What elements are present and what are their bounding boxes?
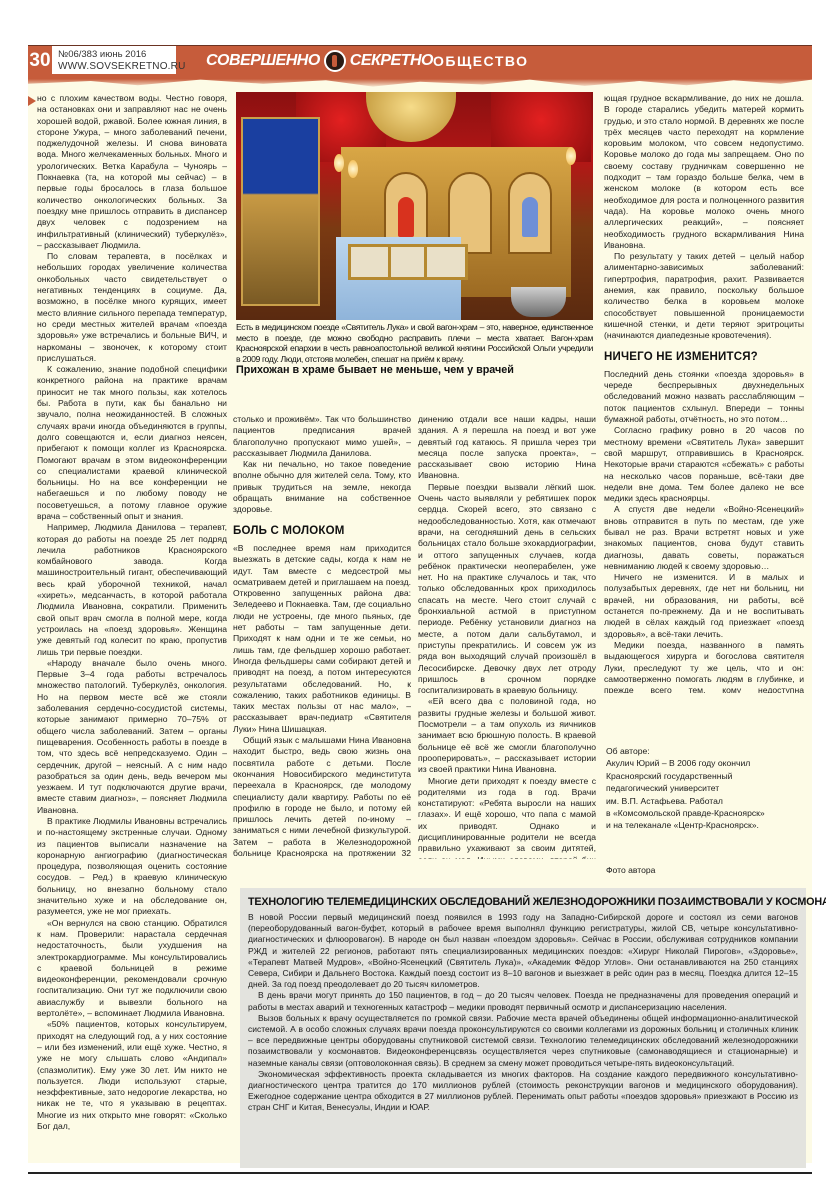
paragraph: Общий язык с малышами Нина Ивановна нахо… xyxy=(233,735,411,859)
paragraph: Ничего не изменится. И в малых и полузаб… xyxy=(604,572,804,640)
saint-figure xyxy=(522,197,538,237)
issue-number: №06/383 июнь 2016 xyxy=(58,49,146,60)
page-header: 30 №06/383 июнь 2016 WWW.SOVSEKRETNO.RU … xyxy=(28,45,812,76)
paragraph: По результату у таких детей – целый набо… xyxy=(604,251,804,341)
about-author-line: им. В.П. Астафьева. Работал xyxy=(606,795,806,807)
candle-lamp xyxy=(566,147,576,165)
issue-info: №06/383 июнь 2016 WWW.SOVSEKRETNO.RU xyxy=(52,46,176,76)
subheading: НИЧЕГО НЕ ИЗМЕНИТСЯ? xyxy=(604,352,804,363)
continuation-arrow-icon xyxy=(28,96,36,106)
sidebar-paragraph: Экономическая эффективность проекта скла… xyxy=(248,1069,798,1114)
candle-lamp xyxy=(334,154,344,172)
about-author-line: Красноярский государственный xyxy=(606,770,806,782)
side-icon-panel xyxy=(241,117,320,306)
church-car-photo xyxy=(236,92,593,320)
paragraph: «50% пациентов, которых консультируем, п… xyxy=(37,1019,227,1132)
paragraph: «Народу вначале было очень много. Первые… xyxy=(37,658,227,816)
paragraph: Последний день стоянки «поезда здоровья»… xyxy=(604,369,804,425)
paragraph: А спустя две недели «Войно-Ясенецкий» вн… xyxy=(604,504,804,572)
paragraph: но с плохим качеством воды. Честно говор… xyxy=(37,93,227,251)
about-author-line: педагогический университет xyxy=(606,782,806,794)
sidebar-paragraph: В день врачи могут принять до 150 пациен… xyxy=(248,990,798,1012)
baptismal-font xyxy=(511,287,566,317)
paragraph: «В последнее время нам приходится выезжа… xyxy=(233,543,411,735)
candle-lamp xyxy=(348,160,358,178)
caption-text: Есть в медицинском поезде «Святитель Лук… xyxy=(236,322,593,364)
paragraph: Например, Людмила Данилова – терапевт, к… xyxy=(37,522,227,658)
article-column-3: динению отдали все наши кадры, наши здан… xyxy=(418,414,596,859)
sidebar-title: ТЕХНОЛОГИЮ ТЕЛЕМЕДИЦИНСКИХ ОБСЛЕДОВАНИЙ … xyxy=(248,896,798,908)
section-title: ОБЩЕСТВО xyxy=(433,46,529,76)
article-column-2: столько и проживём». Так что большинство… xyxy=(233,414,411,859)
paragraph: «Он вернулся на свою станцию. Обратился … xyxy=(37,918,227,1020)
paragraph: Многие дети приходят к поезду вместе с р… xyxy=(418,776,596,860)
caption-bold: Прихожан в храме бывает не меньше, чем у… xyxy=(236,364,593,376)
paragraph: динению отдали все наши кадры, наши здан… xyxy=(418,414,596,482)
paragraph: Первые поездки вызвали лёгкий шок. Очень… xyxy=(418,482,596,697)
about-author-line: и на телеканале «Центр-Красноярск». xyxy=(606,819,806,831)
website-link[interactable]: WWW.SOVSEKRETNO.RU xyxy=(58,61,186,72)
article-column-1: но с плохим качеством воды. Честно говор… xyxy=(37,93,227,1175)
subheading: БОЛЬ С МОЛОКОМ xyxy=(233,526,411,537)
photo-credit: Фото автора xyxy=(606,865,655,875)
paragraph: Медики поезда, названного в память выдаю… xyxy=(604,640,804,693)
article-column-4: ющая грудное вскармливание, до них не до… xyxy=(604,93,804,693)
icon-frame xyxy=(348,244,392,280)
bottom-margin xyxy=(28,1174,812,1200)
brand-left: СОВЕРШЕННО xyxy=(206,46,320,76)
paragraph: ющая грудное вскармливание, до них не до… xyxy=(604,93,804,251)
brand-right: СЕКРЕТНО xyxy=(350,46,433,76)
telemedicine-sidebar: ТЕХНОЛОГИЮ ТЕЛЕМЕДИЦИНСКИХ ОБСЛЕДОВАНИЙ … xyxy=(240,888,806,1168)
about-author-line: в «Комсомольской правде-Красноярск» xyxy=(606,807,806,819)
photo-caption: Есть в медицинском поезде «Святитель Лук… xyxy=(236,322,593,376)
page-number: 30 xyxy=(28,46,52,76)
sidebar-paragraph: Вызов больных к врачу осуществляется по … xyxy=(248,1013,798,1069)
brand-emblem-icon xyxy=(324,50,346,72)
paragraph: По словам терапевта, в посёлках и неболь… xyxy=(37,251,227,364)
paragraph: В практике Людмилы Ивановны встречались … xyxy=(37,816,227,918)
about-author-line: Акулич Юрий – В 2006 году окончил xyxy=(606,757,806,769)
icon-frame xyxy=(424,244,468,280)
about-author: Об авторе: Акулич Юрий – В 2006 году око… xyxy=(606,745,806,832)
paragraph: «Ей всего два с половиной года, но разви… xyxy=(418,696,596,775)
about-author-label: Об авторе: xyxy=(606,745,806,757)
paragraph: К сожалению, знание подобной специфики к… xyxy=(37,364,227,522)
paragraph: столько и проживём». Так что большинство… xyxy=(233,414,411,459)
sidebar-paragraph: В новой России первый медицинский поезд … xyxy=(248,912,798,990)
saint-figure xyxy=(398,197,414,237)
brand-logo: СОВЕРШЕННО СЕКРЕТНО xyxy=(206,46,433,76)
paragraph: Как ни печально, но такое поведение впол… xyxy=(233,459,411,515)
paragraph: Согласно графику ровно в 20 часов по мес… xyxy=(604,425,804,504)
